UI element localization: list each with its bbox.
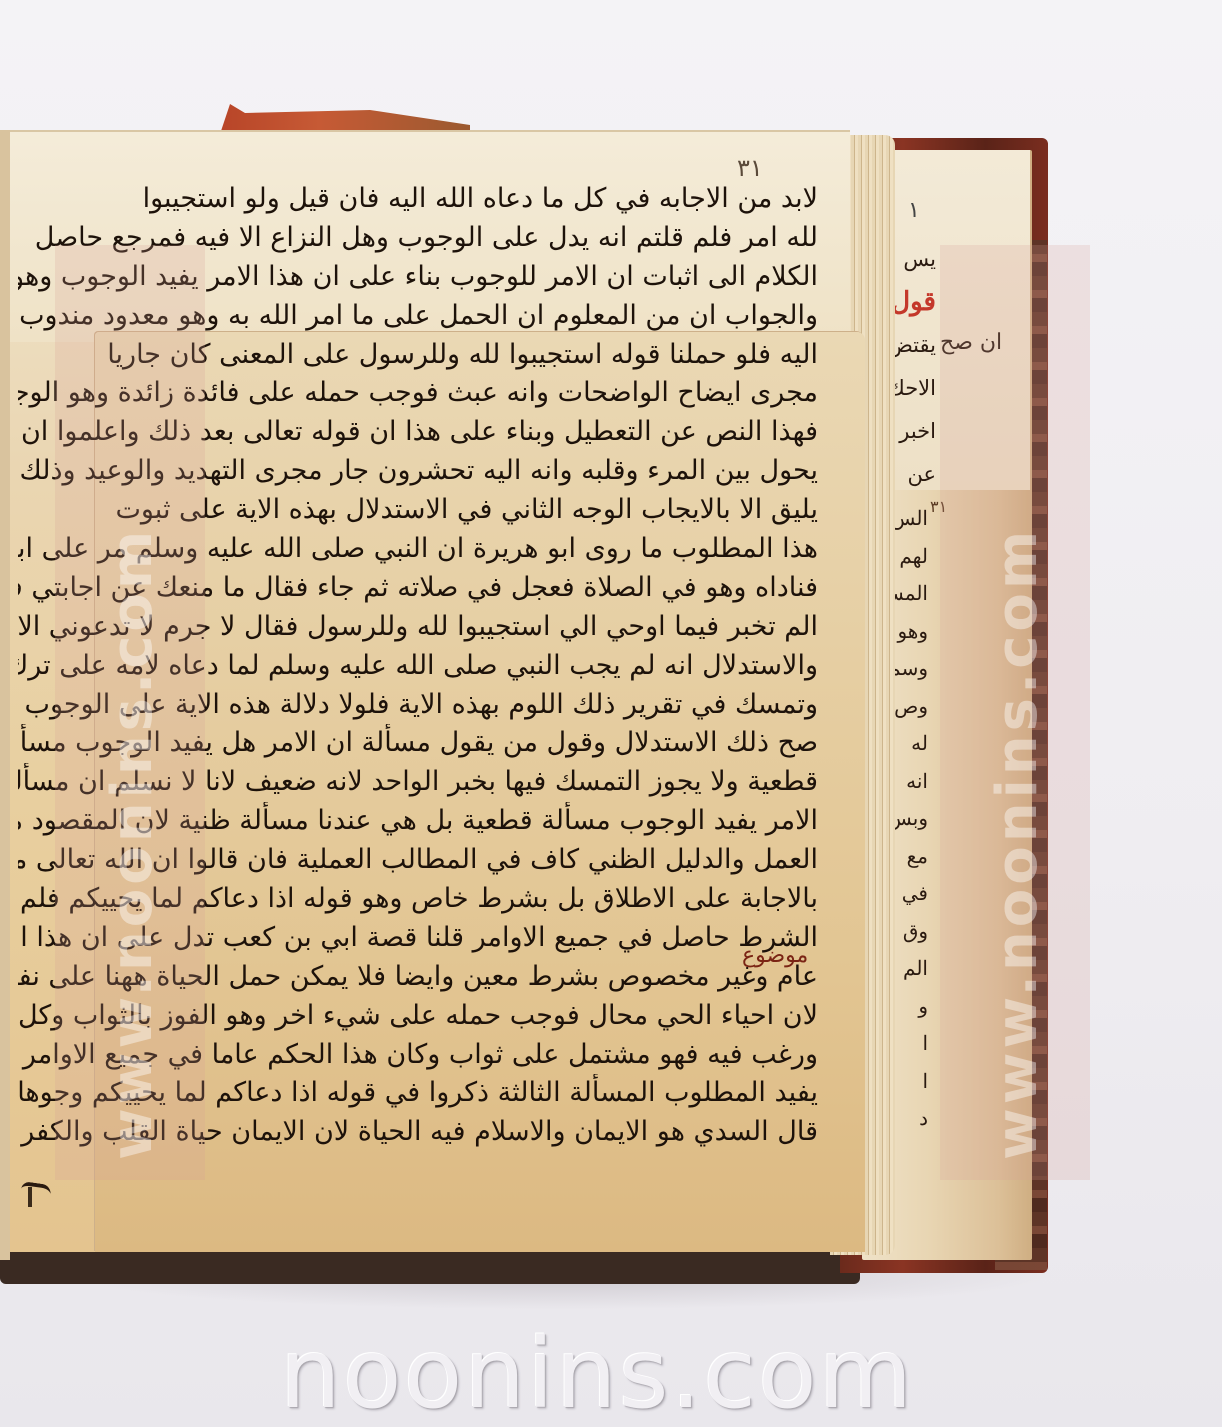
text-line: لابد من الاجابه في كل ما دعاه الله اليه … <box>18 180 818 219</box>
margin-note: موضوع <box>742 943 808 968</box>
watermark-vertical-left: www.noonins.com <box>100 260 165 1160</box>
watermark-vertical-right: www.noonins.com <box>985 260 1050 1160</box>
watermark-bottom: noonins.com <box>280 1318 900 1427</box>
catchword-mark <box>18 1181 52 1215</box>
folio-number: ٣١ <box>737 154 763 182</box>
catchword-bar <box>28 1187 32 1207</box>
adjacent-page-number: ١ <box>908 198 920 223</box>
page-left-edge <box>0 130 10 1260</box>
